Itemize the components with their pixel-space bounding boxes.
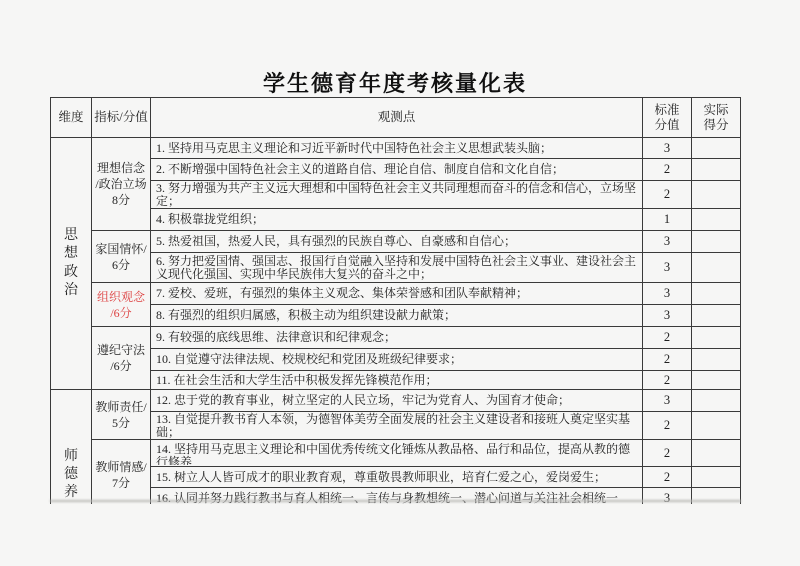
actual-score-cell bbox=[692, 412, 741, 440]
dimension-cell-ideological-politics: 思想政治 bbox=[51, 138, 92, 390]
observation-cell: 11. 在社会生活和大学生活中积极发挥先锋模范作用； bbox=[151, 371, 643, 390]
actual-score-cell bbox=[692, 253, 741, 283]
observation-cell: 3. 努力增强为共产主义远大理想和中国特色社会主义共同理想而奋斗的信念和信心，立… bbox=[151, 181, 643, 209]
standard-score-cell: 3 bbox=[643, 283, 692, 305]
standard-score-cell: 2 bbox=[643, 467, 692, 488]
col-header-standard-score: 标准 分值 bbox=[643, 98, 692, 138]
observation-cell: 1. 坚持用马克思主义理论和习近平新时代中国特色社会主义思想武装头脑； bbox=[151, 138, 643, 159]
actual-score-cell bbox=[692, 390, 741, 412]
actual-score-cell bbox=[692, 159, 741, 181]
standard-score-cell: 1 bbox=[643, 209, 692, 231]
actual-score-cell bbox=[692, 181, 741, 209]
col-header-observation: 观测点 bbox=[151, 98, 643, 138]
indicator-cell-ideals-beliefs: 理想信念 /政治立场 8分 bbox=[92, 138, 151, 231]
standard-score-cell: 2 bbox=[643, 371, 692, 390]
indicator-cell-law-discipline: 遵纪守法 /6分 bbox=[92, 327, 151, 390]
table-row: 思想政治 理想信念 /政治立场 8分 1. 坚持用马克思主义理论和习近平新时代中… bbox=[51, 138, 741, 159]
actual-score-cell bbox=[692, 440, 741, 467]
standard-score-cell: 3 bbox=[643, 138, 692, 159]
indicator-cell-teacher-affection: 教师情感/ 7分 bbox=[92, 440, 151, 505]
observation-cell: 12. 忠于党的教育事业，树立坚定的人民立场，牢记为党育人、为国育才使命； bbox=[151, 390, 643, 412]
indicator-cell-teacher-responsibility: 教师责任/ 5分 bbox=[92, 390, 151, 440]
standard-score-cell: 3 bbox=[643, 253, 692, 283]
actual-score-cell bbox=[692, 467, 741, 488]
standard-score-cell: 2 bbox=[643, 159, 692, 181]
standard-score-cell: 2 bbox=[643, 412, 692, 440]
standard-score-cell: 2 bbox=[643, 440, 692, 467]
standard-score-cell: 3 bbox=[643, 390, 692, 412]
table-row: 15. 树立人人皆可成才的职业教育观，尊重敬畏教师职业，培育仁爱之心，爱岗爱生；… bbox=[51, 467, 741, 488]
actual-score-cell bbox=[692, 138, 741, 159]
actual-score-cell bbox=[692, 231, 741, 253]
observation-cell: 13. 自觉提升教书育人本领，为德智体美劳全面发展的社会主义建设者和接班人奠定坚… bbox=[151, 412, 643, 440]
actual-score-cell bbox=[692, 327, 741, 349]
standard-score-cell: 3 bbox=[643, 305, 692, 327]
actual-score-cell bbox=[692, 349, 741, 371]
page-title: 学生德育年度考核量化表 bbox=[50, 67, 740, 98]
table-row: 3. 努力增强为共产主义远大理想和中国特色社会主义共同理想而奋斗的信念和信心，立… bbox=[51, 181, 741, 209]
table-row: 教师情感/ 7分 14. 坚持用马克思主义理论和中国优秀传统文化锤炼从教品格、品… bbox=[51, 440, 741, 467]
table-row: 11. 在社会生活和大学生活中积极发挥先锋模范作用； 2 bbox=[51, 371, 741, 390]
table-row: 6. 努力把爱国情、强国志、报国行自觉融入坚持和发展中国特色社会主义事业、建设社… bbox=[51, 253, 741, 283]
standard-score-cell: 3 bbox=[643, 231, 692, 253]
table-header-row: 维度 指标/分值 观测点 标准 分值 实际 得分 bbox=[51, 98, 741, 138]
actual-score-cell bbox=[692, 209, 741, 231]
observation-cell: 2. 不断增强中国特色社会主义的道路自信、理论自信、制度自信和文化自信； bbox=[151, 159, 643, 181]
indicator-cell-organization-concept: 组织观念 /6分 bbox=[92, 283, 151, 327]
col-header-indicator: 指标/分值 bbox=[92, 98, 151, 138]
actual-score-cell bbox=[692, 371, 741, 390]
observation-cell: 10. 自觉遵守法律法规、校规校纪和党团及班级纪律要求； bbox=[151, 349, 643, 371]
table-row: 遵纪守法 /6分 9. 有较强的底线思维、法律意识和纪律观念； 2 bbox=[51, 327, 741, 349]
page-cut-line bbox=[50, 500, 741, 502]
actual-score-cell bbox=[692, 283, 741, 305]
dimension-cell-teacher-ethics: 师德养 bbox=[51, 390, 92, 505]
observation-cell: 9. 有较强的底线思维、法律意识和纪律观念； bbox=[151, 327, 643, 349]
table-row: 13. 自觉提升教书育人本领，为德智体美劳全面发展的社会主义建设者和接班人奠定坚… bbox=[51, 412, 741, 440]
observation-cell: 4. 积极靠拢党组织； bbox=[151, 209, 643, 231]
observation-cell: 7. 爱校、爱班，有强烈的集体主义观念、集体荣誉感和团队奉献精神； bbox=[151, 283, 643, 305]
observation-cell: 15. 树立人人皆可成才的职业教育观，尊重敬畏教师职业，培育仁爱之心，爱岗爱生； bbox=[151, 467, 643, 488]
observation-cell: 6. 努力把爱国情、强国志、报国行自觉融入坚持和发展中国特色社会主义事业、建设社… bbox=[151, 253, 643, 283]
observation-cell: 14. 坚持用马克思主义理论和中国优秀传统文化锤炼从教品格、品行和品位，提高从教… bbox=[151, 440, 643, 467]
table-row: 10. 自觉遵守法律法规、校规校纪和党团及班级纪律要求； 2 bbox=[51, 349, 741, 371]
observation-cell: 8. 有强烈的组织归属感，积极主动为组织建设献力献策； bbox=[151, 305, 643, 327]
standard-score-cell: 2 bbox=[643, 349, 692, 371]
observation-cell: 5. 热爱祖国，热爱人民，具有强烈的民族自尊心、自豪感和自信心； bbox=[151, 231, 643, 253]
table-row: 师德养 教师责任/ 5分 12. 忠于党的教育事业，树立坚定的人民立场，牢记为党… bbox=[51, 390, 741, 412]
table-row: 2. 不断增强中国特色社会主义的道路自信、理论自信、制度自信和文化自信； 2 bbox=[51, 159, 741, 181]
table-container: 维度 指标/分值 观测点 标准 分值 实际 得分 思想政治 理想信念 /政治立场… bbox=[50, 97, 741, 504]
indicator-cell-patriotism: 家国情怀/ 6分 bbox=[92, 231, 151, 283]
table-row: 4. 积极靠拢党组织； 1 bbox=[51, 209, 741, 231]
col-header-actual-score: 实际 得分 bbox=[692, 98, 741, 138]
table-row: 家国情怀/ 6分 5. 热爱祖国，热爱人民，具有强烈的民族自尊心、自豪感和自信心… bbox=[51, 231, 741, 253]
table-row: 组织观念 /6分 7. 爱校、爱班，有强烈的集体主义观念、集体荣誉感和团队奉献精… bbox=[51, 283, 741, 305]
assessment-table: 维度 指标/分值 观测点 标准 分值 实际 得分 思想政治 理想信念 /政治立场… bbox=[50, 97, 741, 504]
col-header-dimension: 维度 bbox=[51, 98, 92, 138]
actual-score-cell bbox=[692, 305, 741, 327]
standard-score-cell: 2 bbox=[643, 327, 692, 349]
table-row: 8. 有强烈的组织归属感，积极主动为组织建设献力献策； 3 bbox=[51, 305, 741, 327]
standard-score-cell: 2 bbox=[643, 181, 692, 209]
